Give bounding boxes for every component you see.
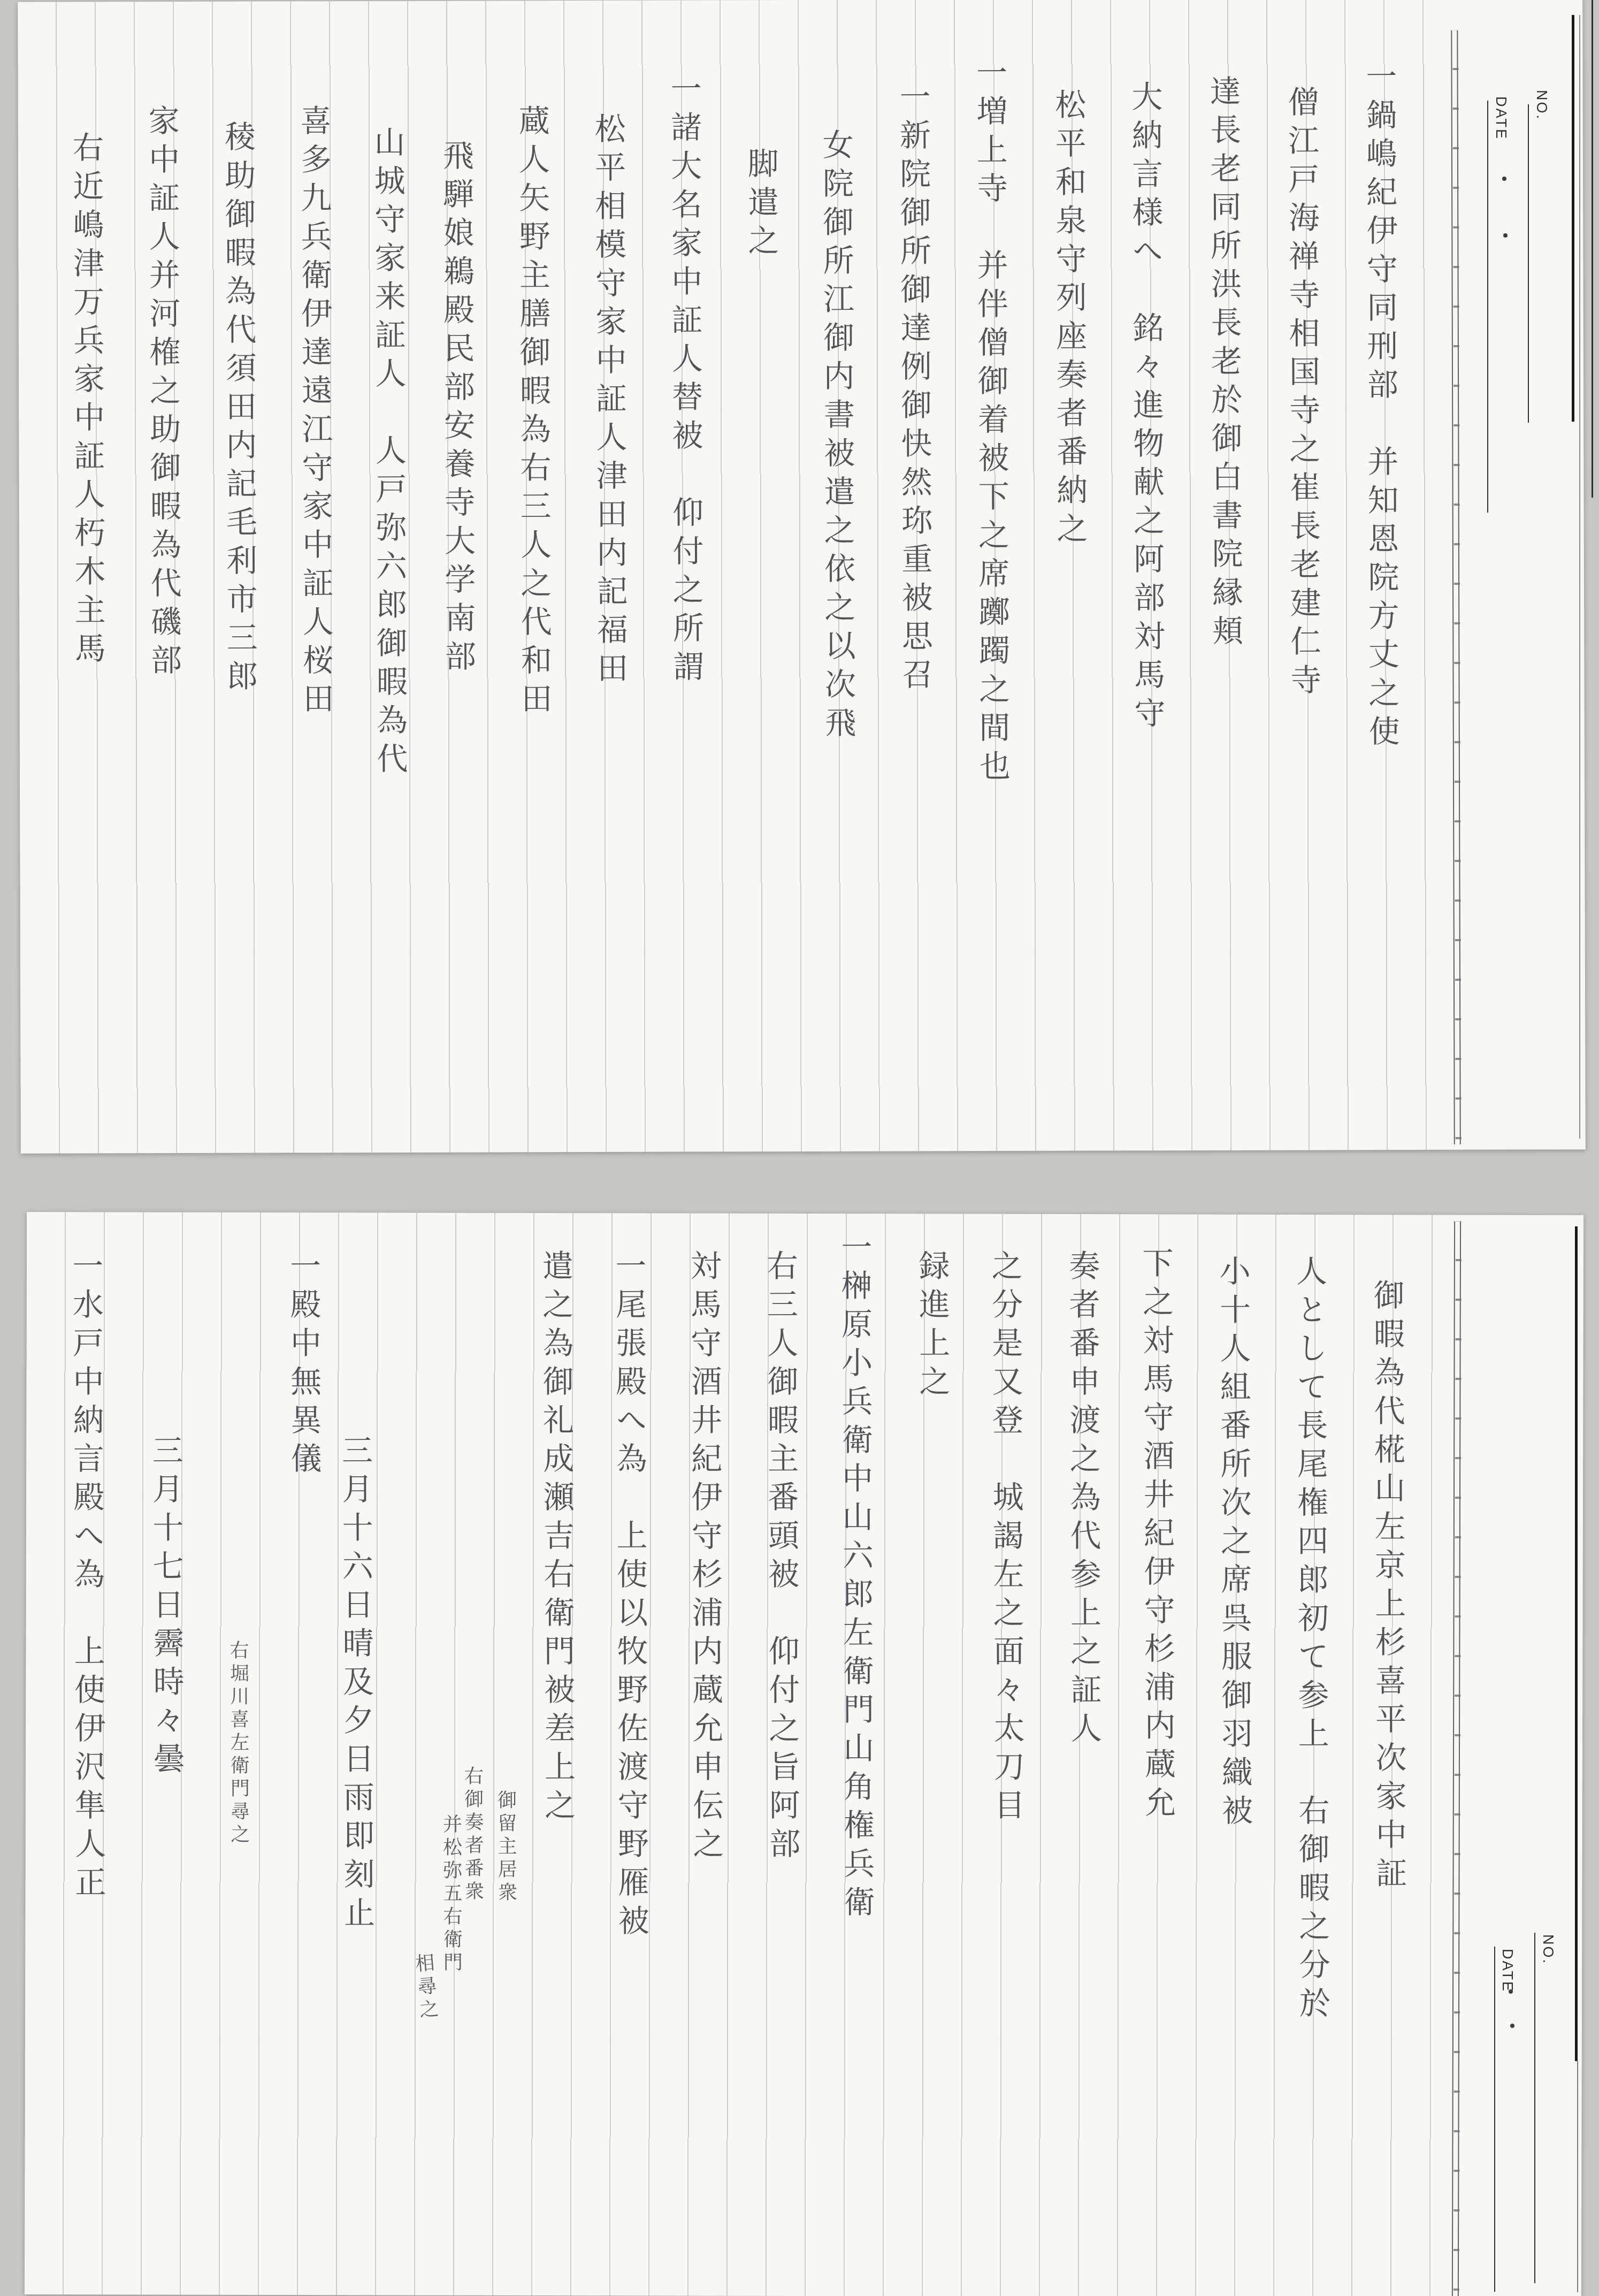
text-column: 僧江戸海禅寺相国寺之崔長老建仁寺 (1278, 86, 1326, 702)
text-column: 右三人御暇主番頭被 仰付之旨阿部 (757, 1249, 805, 1866)
text-column: 三月十七日霽時々曇 (143, 1434, 189, 1781)
text-column: 一水戸中納言殿へ為 上使伊沢隼人正 (63, 1249, 110, 1904)
date-dot (1503, 233, 1508, 238)
text-column: 一増上寺 并伴僧御着被下之席躑躅之間也 (967, 56, 1015, 788)
text-column: 山城守家来証人 人戸弥六郎御暇為代 (364, 126, 412, 781)
text-column: 達長老同所洪長老於御白書院縁頬 (1200, 75, 1248, 653)
date-label: DATE (1493, 96, 1509, 140)
date-dot (1510, 2024, 1514, 2028)
text-column: 大納言様へ 銘々進物献之阿部対馬守 (1122, 80, 1169, 735)
no-label: NO. (1540, 1934, 1556, 1965)
text-column: 一諸大名家中証人替被 仰付之所謂 (661, 72, 708, 689)
text-column: 御暇為代椛山左京上杉喜平次家中証 (1364, 1279, 1411, 1895)
date-underline (1494, 1947, 1495, 2292)
scanned-notebook-spread: NO. DATE 一鍋嶋紀伊守同刑部 并知恩院方丈之使 僧江戸海禅寺相国寺之崔長… (0, 0, 1599, 2296)
annotation-column: 右堀川喜左衛門尋之 (224, 1640, 253, 1847)
text-column: 松平相模守家中証人津田内記福田 (585, 112, 633, 690)
date-dot (1509, 1989, 1513, 1994)
text-column: 一鍋嶋紀伊守同刑部 并知恩院方丈之使 (1356, 60, 1404, 753)
no-underline (1534, 1933, 1535, 2283)
date-dot (1502, 177, 1506, 181)
page-edge (1577, 2061, 1578, 2292)
page-edge (1579, 15, 1580, 1139)
date-underline (1487, 101, 1488, 513)
text-column: 飛騨娘鵜殿民部安養寺大学南部 (433, 139, 480, 678)
text-column: 一榊原小兵衛中山六郎左衛門山角権兵衛 (831, 1231, 879, 1924)
text-column: 一新院御所御達例御快然珎重被思召 (890, 80, 937, 697)
annotation-column: 并松弥五右衛門 (437, 1814, 465, 1975)
text-column: 脚遣之 (738, 147, 784, 263)
text-column: 蔵人矢野主膳御暇為右三人之代和田 (509, 104, 556, 721)
text-column: 一尾張殿へ為 上使以牧野佐渡守野雁被 (606, 1249, 654, 1943)
text-column: 奏者番申渡之為代参上之証人 (1059, 1249, 1106, 1750)
text-column: 女院御所江御内書被遣之依之以次飛 (813, 128, 860, 745)
page-edge (1575, 1226, 1578, 2061)
page-edge (1572, 15, 1574, 422)
no-label: NO. (1533, 90, 1550, 120)
text-column: 之分是又登 城謁左之面々太刀目 (982, 1249, 1030, 1827)
no-underline (1528, 104, 1529, 423)
text-column: 遣之為御礼成瀬吉右衛門被差上之 (533, 1249, 580, 1827)
text-column: 松平和泉守列座奏者番納之 (1045, 88, 1092, 551)
text-column: 喜多九兵衛伊達遠江守家中証人桜田 (290, 104, 338, 721)
text-column: 録進上之 (909, 1249, 954, 1403)
text-column: 人として長尾権四郎初て参上 右御暇之分於 (1287, 1255, 1335, 2025)
text-column: 小十人組番所次之席呉服御羽織被 (1210, 1255, 1258, 1833)
text-column: 右近嶋津万兵家中証人朽木主馬 (63, 131, 110, 670)
annotation-column: 御留主居衆 (492, 1790, 520, 1905)
text-column: 稜助御暇為代須田内記毛利市三郎 (215, 120, 263, 698)
text-column: 三月十六日晴及夕日雨即刻止 (332, 1434, 379, 1935)
text-column: 対馬守酒井紀伊守杉浦内蔵允申伝之 (680, 1249, 728, 1866)
text-column: 家中証人并河榷之助御暇為代磯部 (139, 104, 187, 682)
date-label: DATE (1499, 1949, 1516, 1993)
text-column: 一殿中無異儀 (280, 1249, 326, 1481)
text-column: 下之対馬守酒井紀伊守杉浦内蔵允 (1133, 1247, 1181, 1825)
scan-edge (1592, 0, 1593, 498)
